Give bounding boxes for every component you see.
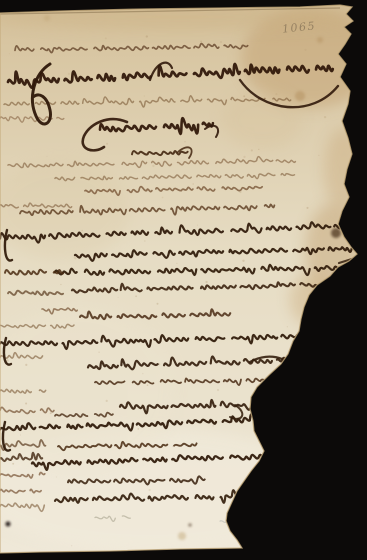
paper-speck — [9, 53, 10, 54]
paper-speck — [326, 354, 327, 355]
paper-speck — [147, 384, 149, 386]
paper-speck — [71, 545, 72, 546]
paper-speck — [98, 351, 99, 352]
paper-speck — [309, 397, 312, 400]
paper-speck — [60, 284, 61, 285]
paper-speck — [307, 316, 309, 318]
paper-speck — [270, 500, 272, 502]
paper-speck — [142, 373, 143, 374]
paper-speck — [74, 257, 76, 259]
ink-spot — [343, 222, 348, 227]
paper-speck — [304, 49, 306, 51]
paper-speck — [148, 489, 150, 491]
paper-speck — [217, 389, 219, 391]
ink-spot — [331, 228, 341, 238]
ink-spot — [44, 15, 50, 21]
paper-speck — [352, 262, 354, 264]
paper-speck — [106, 400, 108, 402]
paper-speck — [275, 93, 277, 95]
paper-stain — [324, 128, 364, 212]
paper-speck — [324, 116, 326, 118]
paper-speck — [56, 476, 57, 477]
paper-speck — [20, 435, 21, 436]
ink-spot — [255, 529, 261, 535]
paper-speck — [306, 207, 308, 209]
paper-speck — [50, 412, 52, 414]
paper-speck — [242, 260, 244, 262]
paper-speck — [197, 225, 198, 226]
paper-speck — [336, 415, 339, 418]
paper-speck — [358, 458, 361, 461]
paper-speck — [25, 364, 27, 366]
paper-speck — [138, 428, 140, 430]
paper-speck — [25, 402, 27, 404]
paper-speck — [106, 143, 108, 145]
ink-spot — [295, 91, 305, 101]
ink-spot — [317, 37, 323, 43]
paper-speck — [349, 291, 350, 292]
paper-stain — [290, 274, 334, 326]
paper-speck — [46, 156, 47, 157]
paper-speck — [298, 355, 300, 357]
paper-speck — [200, 238, 201, 239]
paper-speck — [135, 295, 137, 297]
ink-spot — [6, 522, 11, 527]
ink-spot — [178, 532, 186, 540]
paper-speck — [152, 165, 154, 167]
paper-speck — [68, 73, 70, 75]
paper-speck — [248, 542, 250, 544]
paper-speck — [184, 141, 185, 142]
paper-speck — [146, 35, 148, 37]
paper-speck — [330, 370, 331, 371]
paper-speck — [243, 156, 245, 158]
paper-speck — [359, 460, 360, 461]
paper-speck — [287, 326, 288, 327]
paper-speck — [192, 183, 194, 185]
paper-speck — [205, 281, 207, 283]
paper-speck — [105, 37, 107, 39]
manuscript-scan: 1065 — [0, 0, 367, 560]
paper-speck — [318, 155, 319, 156]
paper-speck — [200, 41, 202, 43]
manuscript-page — [0, 0, 367, 560]
paper-speck — [144, 95, 145, 96]
paper-speck — [285, 518, 286, 519]
paper-speck — [157, 303, 159, 305]
ink-spot — [189, 524, 192, 527]
paper-speck — [267, 441, 269, 443]
paper-speck — [12, 463, 14, 465]
paper-speck — [176, 263, 177, 264]
paper-speck — [220, 41, 222, 43]
paper-speck — [251, 149, 253, 151]
paper-speck — [144, 240, 146, 242]
paper-speck — [258, 149, 259, 150]
paper-speck — [118, 297, 119, 298]
paper-speck — [212, 425, 214, 427]
paper-speck — [81, 230, 83, 232]
paper-speck — [162, 197, 164, 199]
paper-speck — [243, 95, 245, 97]
